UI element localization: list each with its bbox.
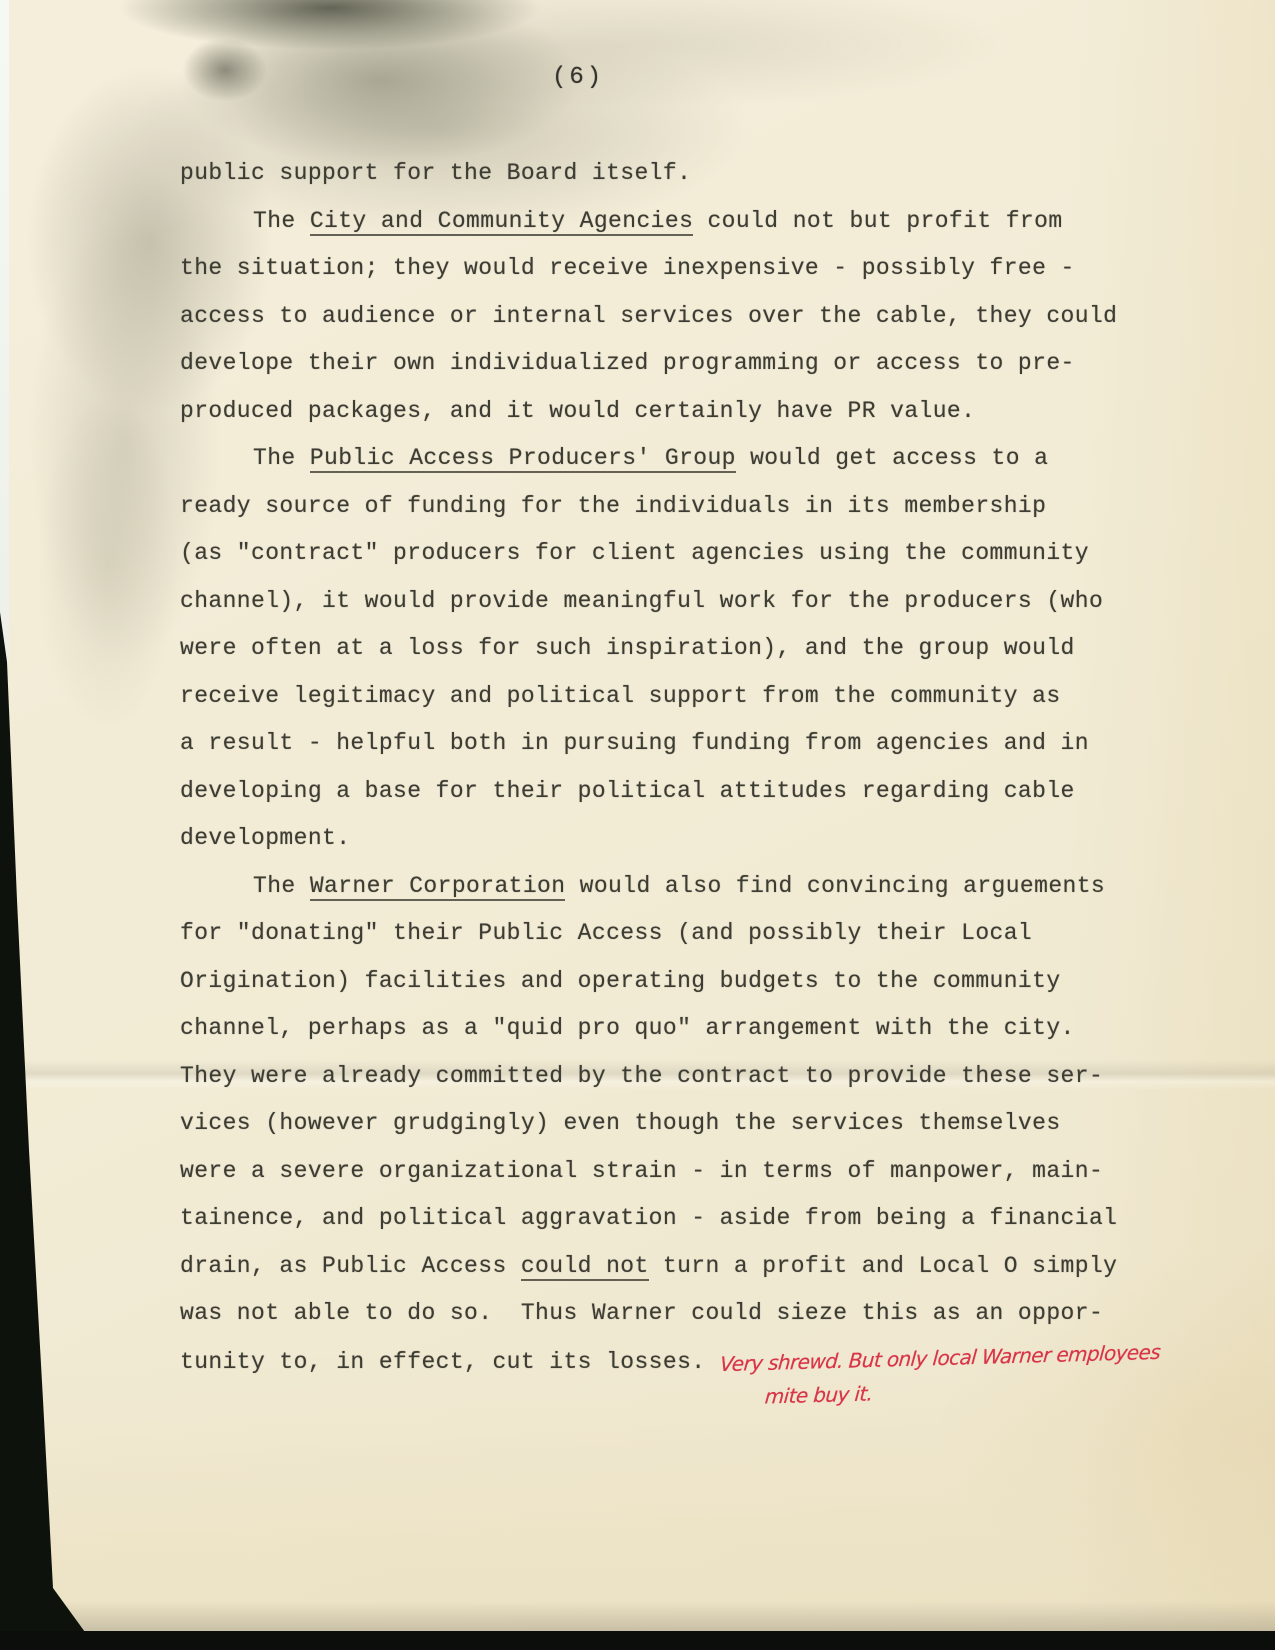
text-segment: would get access to a xyxy=(736,445,1048,471)
text-line: channel, perhaps as a "quid pro quo" arr… xyxy=(180,1005,1165,1053)
scanner-edge-stripe xyxy=(0,0,9,665)
text-segment: The xyxy=(253,208,310,234)
text-segment: (as "contract" producers for client agen… xyxy=(180,540,1089,566)
text-segment: Origination) facilities and operating bu… xyxy=(180,968,1061,994)
text-segment: The xyxy=(253,445,310,471)
text-line: drain, as Public Access could not turn a… xyxy=(180,1243,1165,1291)
text-line: tainence, and political aggravation - as… xyxy=(180,1195,1165,1243)
text-line: produced packages, and it would certainl… xyxy=(180,388,1165,436)
text-segment: a result - helpful both in pursuing fund… xyxy=(180,730,1089,756)
text-line: develope their own individualized progra… xyxy=(180,340,1165,388)
text-segment: were a severe organizational strain - in… xyxy=(180,1158,1103,1184)
text-line: The Public Access Producers' Group would… xyxy=(180,435,1165,483)
text-line: They were already committed by the contr… xyxy=(180,1053,1165,1101)
text-segment: for "donating" their Public Access (and … xyxy=(180,920,1032,946)
scan-background-bottom xyxy=(0,1631,1275,1650)
underlined-phrase: City and Community Agencies xyxy=(310,208,693,236)
text-line: receive legitimacy and political support… xyxy=(180,673,1165,721)
underlined-phrase: Warner Corporation xyxy=(310,873,566,901)
text-segment: development. xyxy=(180,825,350,851)
text-line: Origination) facilities and operating bu… xyxy=(180,958,1165,1006)
text-line: access to audience or internal services … xyxy=(180,293,1165,341)
text-segment: developing a base for their political at… xyxy=(180,778,1075,804)
text-line: tunity to, in effect, cut its losses. Ve… xyxy=(180,1338,1165,1386)
text-line: the situation; they would receive inexpe… xyxy=(180,245,1165,293)
text-segment: ready source of funding for the individu… xyxy=(180,493,1046,519)
text-line: channel), it would provide meaningful wo… xyxy=(180,578,1165,626)
text-line: public support for the Board itself. xyxy=(180,150,1165,198)
text-line: The Warner Corporation would also find c… xyxy=(180,863,1165,911)
text-segment: public support for the Board itself. xyxy=(180,160,691,186)
text-line: a result - helpful both in pursuing fund… xyxy=(180,720,1165,768)
page-number: (6) xyxy=(552,64,604,91)
text-segment: were often at a loss for such inspiratio… xyxy=(180,635,1075,661)
paper-edge-shadow xyxy=(0,1601,1275,1631)
text-line: was not able to do so. Thus Warner could… xyxy=(180,1290,1165,1338)
text-segment: develope their own individualized progra… xyxy=(180,350,1075,376)
text-segment: The xyxy=(253,873,310,899)
text-segment: They were already committed by the contr… xyxy=(180,1063,1103,1089)
text-segment: could not but profit from xyxy=(693,208,1062,234)
text-line: The City and Community Agencies could no… xyxy=(180,198,1165,246)
underlined-phrase: Public Access Producers' Group xyxy=(310,445,736,473)
text-segment: tunity to, in effect, cut its losses. xyxy=(180,1349,720,1375)
text-line: were a severe organizational strain - in… xyxy=(180,1148,1165,1196)
handwritten-annotation: mite buy it. xyxy=(763,1372,874,1417)
text-segment: the situation; they would receive inexpe… xyxy=(180,255,1075,281)
text-segment: channel, perhaps as a "quid pro quo" arr… xyxy=(180,1015,1075,1041)
text-segment: receive legitimacy and political support… xyxy=(180,683,1061,709)
text-segment: tainence, and political aggravation - as… xyxy=(180,1205,1117,1231)
text-segment: access to audience or internal services … xyxy=(180,303,1117,329)
text-segment: would also find convincing arguements xyxy=(565,873,1105,899)
text-line: ready source of funding for the individu… xyxy=(180,483,1165,531)
text-segment: turn a profit and Local O simply xyxy=(649,1253,1118,1279)
text-line: (as "contract" producers for client agen… xyxy=(180,530,1165,578)
text-segment: produced packages, and it would certainl… xyxy=(180,398,975,424)
document-body: public support for the Board itself.The … xyxy=(180,150,1165,1419)
text-line: developing a base for their political at… xyxy=(180,768,1165,816)
text-segment: vices (however grudgingly) even though t… xyxy=(180,1110,1061,1136)
text-line: vices (however grudgingly) even though t… xyxy=(180,1100,1165,1148)
scanned-document-page: (6) public support for the Board itself.… xyxy=(0,0,1275,1650)
text-line: were often at a loss for such inspiratio… xyxy=(180,625,1165,673)
text-segment: channel), it would provide meaningful wo… xyxy=(180,588,1103,614)
text-line: development. xyxy=(180,815,1165,863)
text-line: for "donating" their Public Access (and … xyxy=(180,910,1165,958)
text-segment: was not able to do so. Thus Warner could… xyxy=(180,1300,1103,1326)
underlined-phrase: could not xyxy=(521,1253,649,1281)
text-segment: drain, as Public Access xyxy=(180,1253,521,1279)
